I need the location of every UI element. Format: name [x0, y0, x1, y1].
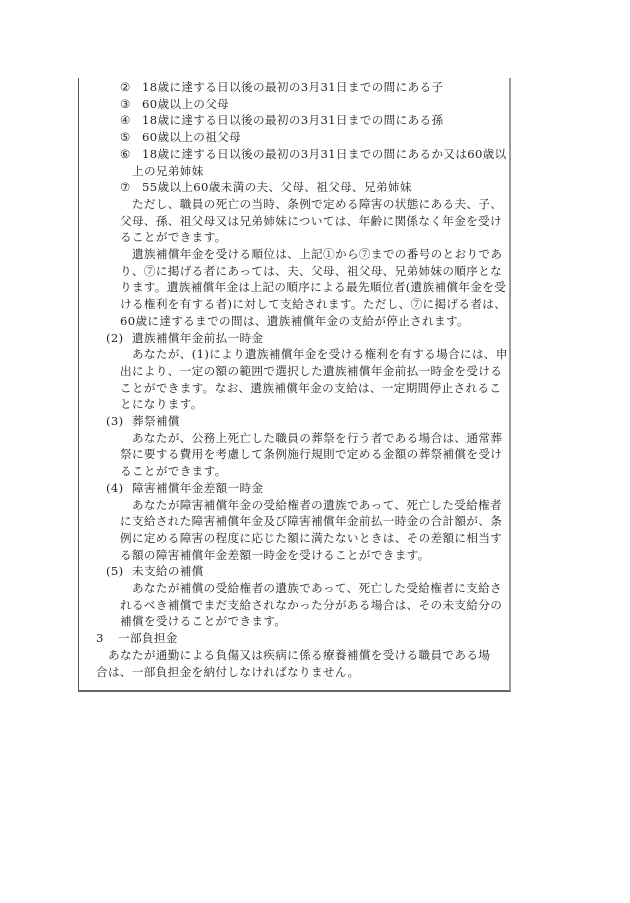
- line-text: 55歳以上60歳未満の夫、父母、祖父母、兄弟姉妹: [142, 179, 412, 196]
- document-box: ②18歳に達する日以後の最初の3月31日までの間にある子③60歳以上の父母④18…: [78, 78, 511, 692]
- line-text: 60歳に達するまでの間は、遺族補償年金の支給が停止されます。: [120, 313, 469, 330]
- line-text: とになります。: [120, 396, 203, 413]
- line-text: あなたが、(1)により遺族補償年金を受ける権利を有する場合には、申: [132, 346, 508, 363]
- line-text: 祭に要する費用を考慮して条例施行規則で定める金額の葬祭補償を受け: [120, 446, 502, 463]
- line-text: 18歳に達する日以後の最初の3月31日までの間にある子: [142, 79, 443, 96]
- item-number: ⑥: [120, 146, 131, 163]
- line-text: ただし、職員の死亡の当時、条例で定める障害の状態にある夫、子、: [132, 196, 502, 213]
- line-text: 上の兄弟姉妹: [132, 163, 204, 180]
- line-text: ける権利を有する者)に対して支給されます。ただし、⑦に掲げる者は、: [120, 296, 506, 313]
- item-number: (2): [106, 330, 123, 347]
- line-text: あなたが障害補償年金の受給権者の遺族であって、死亡した受給権者: [132, 497, 502, 514]
- line-text: ことができます。なお、遺族補償年金の支給は、一定期間停止されるこ: [120, 380, 501, 397]
- line-text: あなたが通勤による負傷又は疾病に係る療養補償を受ける職員である場: [108, 647, 490, 664]
- line-text: 18歳に達する日以後の最初の3月31日までの間にある孫: [142, 112, 443, 129]
- item-number: ④: [120, 112, 131, 129]
- line-text: 60歳以上の父母: [142, 96, 229, 113]
- line-text: 遺族補償年金を受ける順位は、上記①から⑦までの番号のとおりであ: [132, 246, 502, 263]
- line-text: 60歳以上の祖父母: [142, 129, 241, 146]
- item-number: ⑦: [120, 179, 131, 196]
- item-number: (3): [106, 413, 123, 430]
- line-text: 障害補償年金差額一時金: [132, 480, 263, 497]
- line-text: あなたが補償の受給権者の遺族であって、死亡した受給権者に支給さ: [132, 580, 502, 597]
- item-number: (5): [106, 563, 123, 580]
- line-text: 出により、一定の額の範囲で選択した遺族補償年金前払一時金を受ける: [120, 363, 502, 380]
- line-text: ります。遺族補償年金は上記の順序による最先順位者(遺族補償年金を受: [120, 279, 506, 296]
- item-number: (4): [106, 480, 123, 497]
- item-number: ③: [120, 96, 131, 113]
- item-number: 3: [96, 630, 104, 647]
- line-text: ることができます。: [120, 229, 227, 246]
- line-text: 例に定める障害の程度に応じた額に満たないときは、その差額に相当す: [120, 530, 502, 547]
- item-number: ⑤: [120, 129, 131, 146]
- line-text: 葬祭補償: [132, 413, 180, 430]
- line-text: に支給された障害補償年金及び障害補償年金前払一時金の合計額が、条: [120, 513, 502, 530]
- line-text: あなたが、公務上死亡した職員の葬祭を行う者である場合は、通常葬: [132, 430, 502, 447]
- line-text: 父母、孫、祖父母又は兄弟姉妹については、年齢に関係なく年金を受け: [120, 213, 502, 230]
- line-text: ることができます。: [120, 463, 227, 480]
- line-text: り、⑦に掲げる者にあっては、夫、父母、祖父母、兄弟姉妹の順序とな: [120, 263, 502, 280]
- line-text: れるべき補償でまだ支給されなかった分がある場合は、その未支給分の: [120, 597, 502, 614]
- line-text: 合は、一部負担金を納付しなければなりません。: [96, 664, 359, 681]
- line-text: る額の障害補償年金差額一時金を受けることができます。: [120, 547, 430, 564]
- line-text: 遺族補償年金前払一時金: [132, 330, 263, 347]
- line-text: 一部負担金: [118, 630, 178, 647]
- line-text: 補償を受けることができます。: [120, 613, 286, 630]
- line-text: 未支給の補償: [132, 563, 204, 580]
- item-number: ②: [120, 79, 131, 96]
- line-text: 18歳に達する日以後の最初の3月31日までの間にあるか又は60歳以: [142, 146, 507, 163]
